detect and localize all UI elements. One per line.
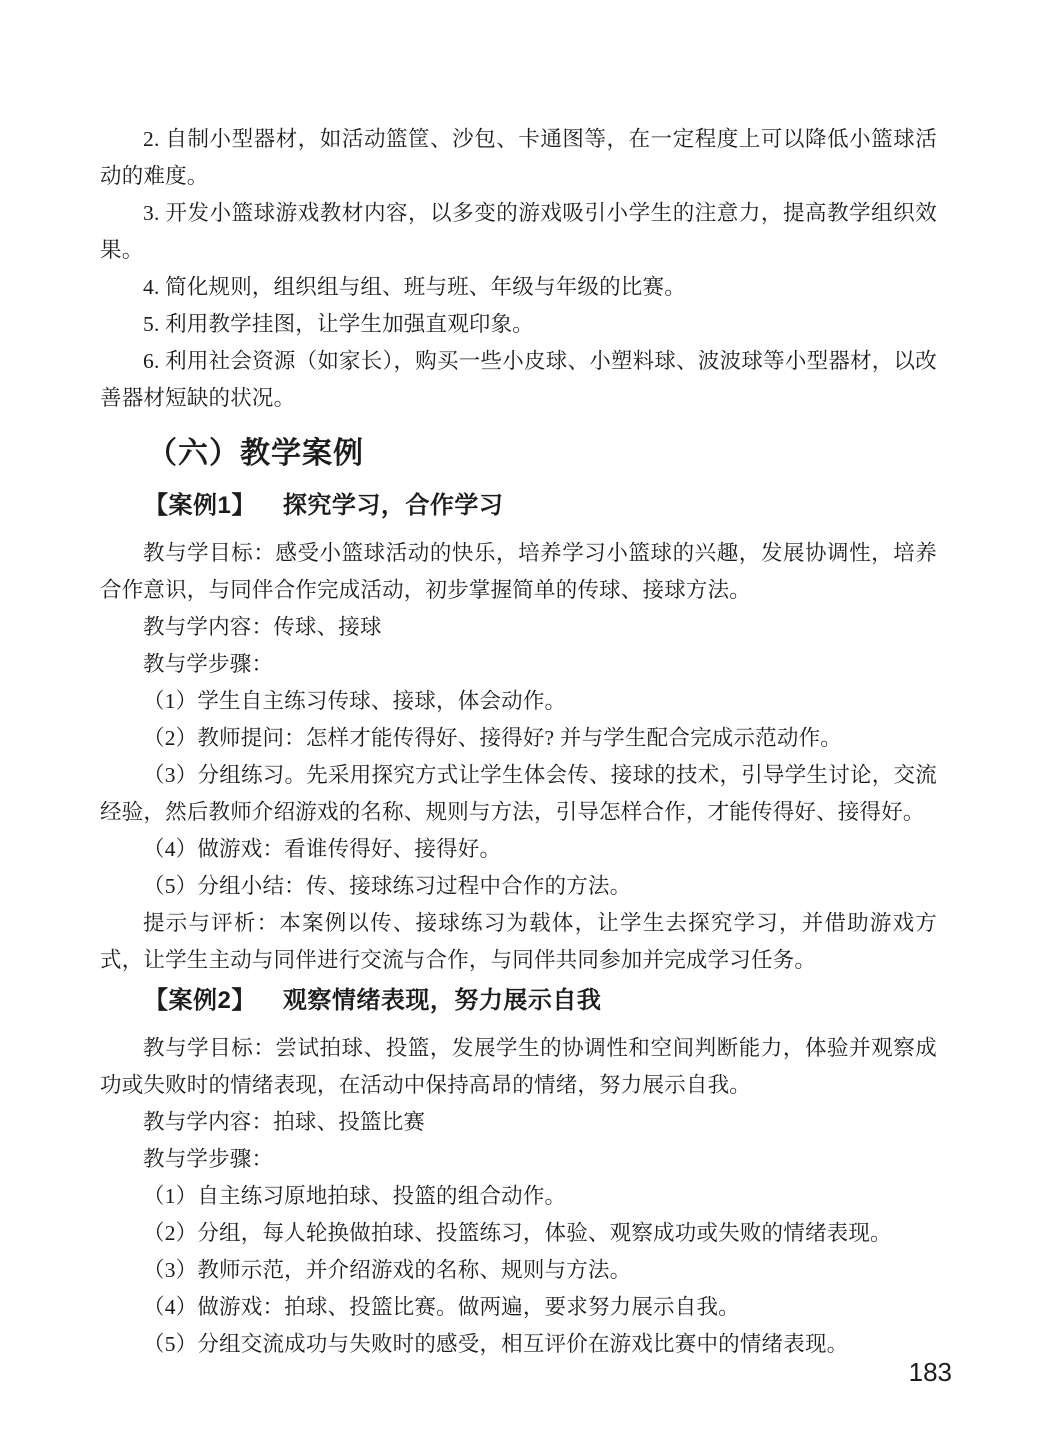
intro-paragraph: 2. 自制小型器材，如活动篮筐、沙包、卡通图等，在一定程度上可以降低小篮球活动的… — [100, 121, 937, 195]
case1-paragraph: 教与学目标：感受小篮球活动的快乐，培养学习小篮球的兴趣，发展协调性，培养合作意识… — [100, 535, 937, 609]
case1-paragraph: 教与学步骤： — [100, 646, 937, 683]
case2-paragraph: 教与学内容：拍球、投篮比赛 — [100, 1104, 937, 1141]
case1-paragraph: （3）分组练习。先采用探究方式让学生体会传、接球的技术，引导学生讨论，交流经验，… — [100, 757, 937, 831]
case1-paragraph: （2）教师提问：怎样才能传得好、接得好? 并与学生配合完成示范动作。 — [100, 720, 937, 757]
case2-paragraph: （1）自主练习原地拍球、投篮的组合动作。 — [100, 1178, 937, 1215]
case2-paragraph: （3）教师示范，并介绍游戏的名称、规则与方法。 — [100, 1252, 937, 1289]
case1-title: 探究学习，合作学习 — [283, 492, 504, 519]
intro-paragraph: 5. 利用教学挂图，让学生加强直观印象。 — [100, 306, 937, 343]
case2-paragraph: （5）分组交流成功与失败时的感受，相互评价在游戏比赛中的情绪表现。 — [100, 1326, 937, 1363]
document-content: 2. 自制小型器材，如活动篮筐、沙包、卡通图等，在一定程度上可以降低小篮球活动的… — [100, 121, 937, 1363]
case2-paragraph: （4）做游戏：拍球、投篮比赛。做两遍，要求努力展示自我。 — [100, 1289, 937, 1326]
document-page: 2. 自制小型器材，如活动篮筐、沙包、卡通图等，在一定程度上可以降低小篮球活动的… — [0, 0, 1038, 1452]
case2-title: 观察情绪表现，努力展示自我 — [283, 987, 602, 1014]
case1-paragraph: 提示与评析：本案例以传、接球练习为载体，让学生去探究学习，并借助游戏方式，让学生… — [100, 905, 937, 979]
intro-paragraph: 6. 利用社会资源（如家长），购买一些小皮球、小塑料球、波波球等小型器材，以改善… — [100, 343, 937, 417]
case2-label: 【案例2】 — [144, 987, 256, 1014]
case1-paragraph: （4）做游戏：看谁传得好、接得好。 — [100, 831, 937, 868]
case1-paragraph: （1）学生自主练习传球、接球，体会动作。 — [100, 683, 937, 720]
case1-paragraph: （5）分组小结：传、接球练习过程中合作的方法。 — [100, 868, 937, 905]
case2-paragraph: 教与学步骤： — [100, 1141, 937, 1178]
case2-paragraph: （2）分组，每人轮换做拍球、投篮练习，体验、观察成功或失败的情绪表现。 — [100, 1215, 937, 1252]
case2-heading: 【案例2】观察情绪表现，努力展示自我 — [100, 981, 937, 1021]
section-heading: （六）教学案例 — [100, 432, 937, 476]
page-number: 183 — [909, 1355, 952, 1389]
case2-paragraph: 教与学目标：尝试拍球、投篮，发展学生的协调性和空间判断能力，体验并观察成功或失败… — [100, 1030, 937, 1104]
intro-paragraph: 4. 简化规则，组织组与组、班与班、年级与年级的比赛。 — [100, 269, 937, 306]
case1-paragraph: 教与学内容：传球、接球 — [100, 609, 937, 646]
case1-label: 【案例1】 — [144, 492, 256, 519]
intro-paragraph: 3. 开发小篮球游戏教材内容，以多变的游戏吸引小学生的注意力，提高教学组织效果。 — [100, 195, 937, 269]
case1-heading: 【案例1】探究学习，合作学习 — [100, 486, 937, 526]
